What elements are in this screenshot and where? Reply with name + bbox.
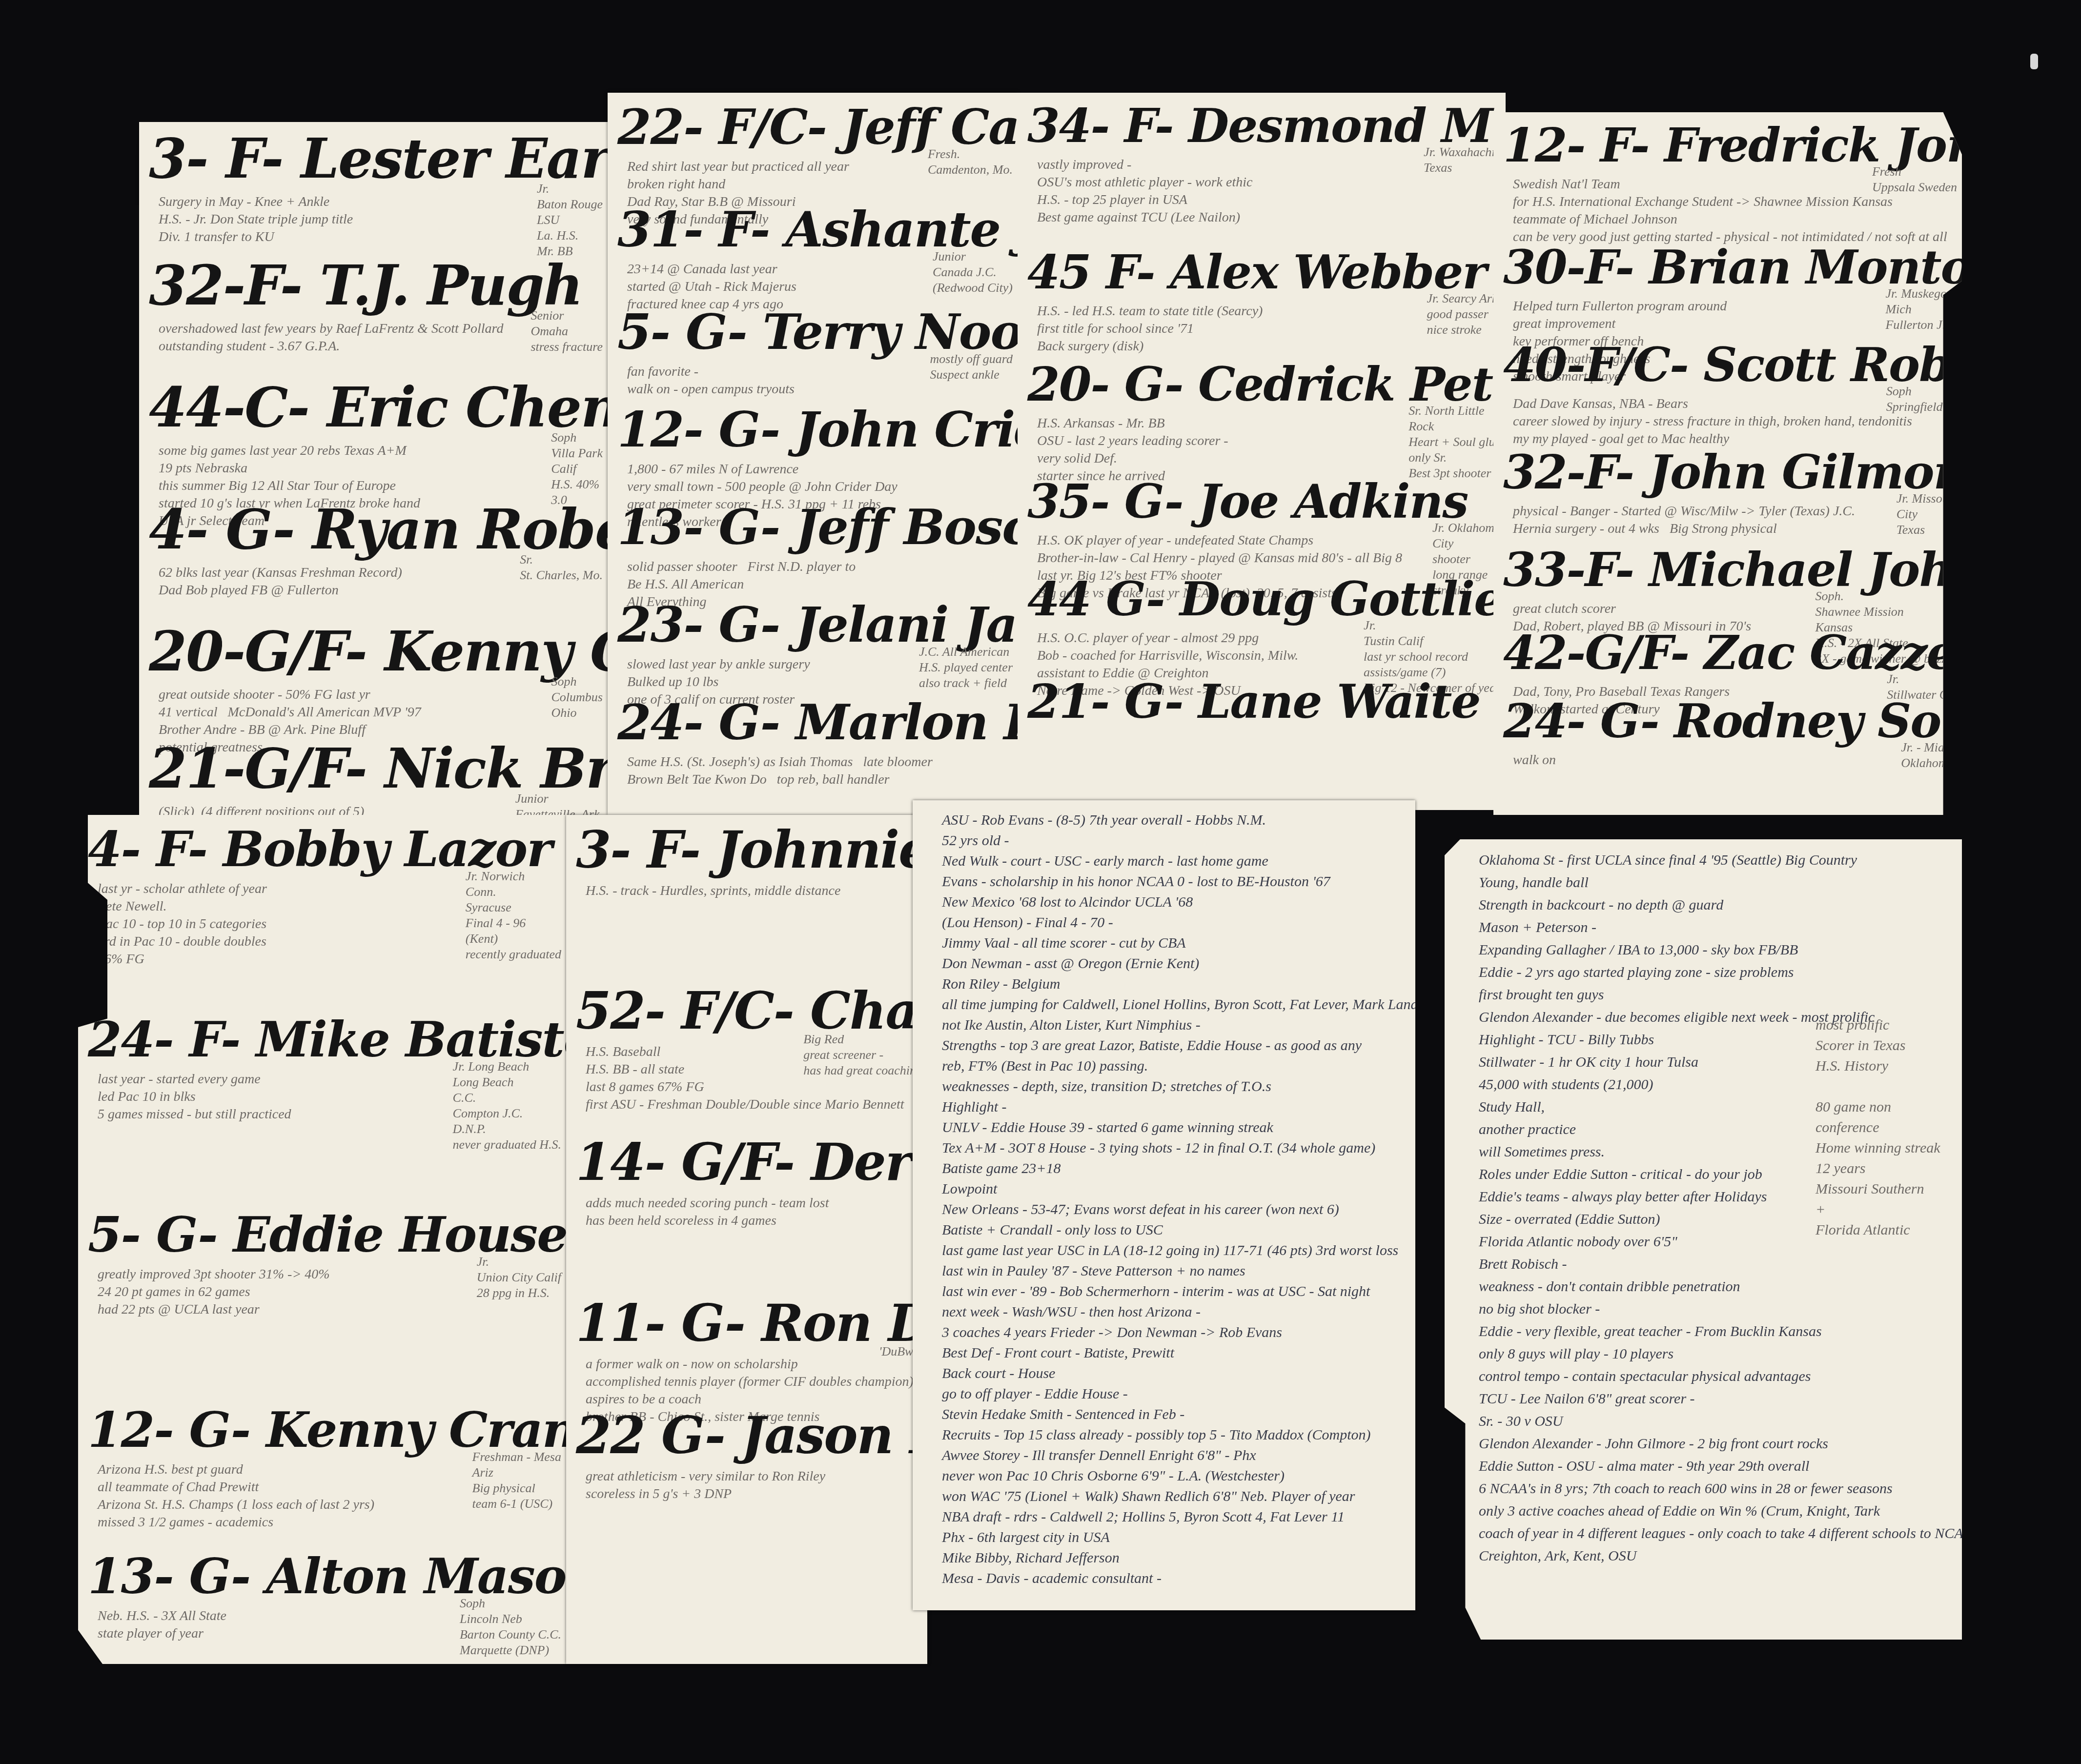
player-side-note: Junior Canada J.C. (Redwood City) <box>933 249 1013 296</box>
roster-sheet-6: 3- F- Johnnie TappH.S. - track - Hurdles… <box>566 815 927 1664</box>
player-name-heading: 44-C- Eric Chenowith <box>139 381 608 435</box>
player-name-heading: 24- G- Rodney Souter <box>1493 698 1962 745</box>
player-entry: 22 G- Jason Patt.great athleticism - ver… <box>566 1410 927 1503</box>
player-side-note: Fresh Uppsala Sweden <box>1872 164 1957 195</box>
note-line: go to off player - Eddie House - <box>942 1384 1406 1404</box>
player-side-note: Soph Springfield Ill <box>1886 384 1957 415</box>
player-name-heading: 20- G- Cedrick Peterson <box>1018 361 1506 408</box>
note-line: only 8 guys will play - 10 players <box>1479 1343 1952 1365</box>
note-line: Back court - House <box>942 1363 1406 1384</box>
player-entry: 32-F- T.J. Pughovershadowed last few yea… <box>139 259 608 355</box>
player-entry: 4- F- Bobby Lazorlast yr - scholar athle… <box>78 825 566 968</box>
player-entry: 4- G- Ryan Robertson62 blks last year (K… <box>139 503 608 599</box>
player-name-heading: 20-G/F- Kenny Gregory <box>139 625 608 679</box>
note-line: Mike Bibby, Richard Jefferson <box>942 1548 1406 1568</box>
player-notes: great athleticism - very similar to Ron … <box>566 1468 927 1503</box>
player-name-heading: 5- G- Eddie House <box>78 1210 566 1259</box>
player-entry: 20- G- Cedrick PetersonH.S. Arkansas - M… <box>1018 361 1506 485</box>
note-line: Creighton, Ark, Kent, OSU <box>1479 1545 1952 1567</box>
player-side-note: Jr. Missouri City Texas <box>1897 491 1957 538</box>
player-entry: 33-F- Michael Johnsongreat clutch scorer… <box>1493 547 1962 635</box>
roster-sheet-3: 34- F- Desmond Masonvastly improved - OS… <box>1018 93 1506 810</box>
note-line: Tex A+M - 3OT 8 House - 3 tying shots - … <box>942 1138 1406 1158</box>
player-name-heading: 12- F- Fredrick Jonzon <box>1493 122 1962 169</box>
player-entry: 21- G- Lane Waite <box>1018 678 1506 732</box>
player-entry: 40-F/C- Scott RobischDad Dave Kansas, NB… <box>1493 342 1962 448</box>
player-side-note: Jr. Waxahachie Texas <box>1424 144 1501 176</box>
note-line: last win ever - '89 - Bob Schermerhorn -… <box>942 1281 1406 1302</box>
player-name-heading: 22- F/C- Jeff Carey <box>608 102 1018 151</box>
player-name-heading: 12- G- John Crider <box>608 405 1018 454</box>
note-line: 3 coaches 4 years Frieder -> Don Newman … <box>942 1322 1406 1343</box>
player-entry: 34- F- Desmond Masonvastly improved - OS… <box>1018 102 1506 226</box>
note-line: Brett Robisch - <box>1479 1253 1952 1276</box>
roster-sheet-1: 3- F- Lester EarlSurgery in May - Knee +… <box>139 122 608 815</box>
player-entry: 45 F- Alex WebberH.S. - led H.S. team to… <box>1018 249 1506 355</box>
note-line: control tempo - contain spectacular phys… <box>1479 1365 1952 1388</box>
player-side-note: Junior Fayetteville, Ark. <box>515 791 603 815</box>
player-entry: 52- F/C- Chad PrewittH.S. Baseball H.S. … <box>566 986 927 1114</box>
player-side-note: mostly off guard Suspect ankle <box>930 351 1013 383</box>
note-line: Stevin Hedake Smith - Sentenced in Feb - <box>942 1404 1406 1425</box>
label-sticker <box>2030 54 2038 69</box>
note-line: TCU - Lee Nailon 6'8" great scorer - <box>1479 1388 1952 1410</box>
player-name-heading: 40-F/C- Scott Robisch <box>1493 342 1962 388</box>
player-name-heading: 4- G- Ryan Robertson <box>139 503 608 557</box>
player-side-note: Sr. St. Charles, Mo. <box>520 552 603 583</box>
player-notes: Same H.S. (St. Joseph's) as Isiah Thomas… <box>608 753 1018 789</box>
player-entry: 12- G- Kenny CrandallArizona H.S. best p… <box>78 1405 566 1531</box>
player-entry: 32-F- John Gilmorephysical - Banger - St… <box>1493 449 1962 538</box>
note-line: first brought ten guys <box>1479 984 1952 1006</box>
player-name-heading: 3- F- Lester Earl <box>139 132 608 186</box>
note-line: won WAC '75 (Lionel + Walk) Shawn Redlic… <box>942 1486 1406 1507</box>
note-line: weakness - don't contain dribble penetra… <box>1479 1276 1952 1298</box>
player-name-heading: 32-F- John Gilmore <box>1493 449 1962 496</box>
note-line: all time jumping for Caldwell, Lionel Ho… <box>942 994 1406 1015</box>
player-name-heading: 11- G- Ron Dubois <box>566 1298 927 1349</box>
player-name-heading: 12- G- Kenny Crandall <box>78 1405 566 1454</box>
note-line: (Lou Henson) - Final 4 - 70 - <box>942 912 1406 933</box>
notes-sheet-oklahoma-st: Oklahoma St - first UCLA since final 4 '… <box>1445 839 1962 1640</box>
note-line: New Mexico '68 lost to Alcindor UCLA '68 <box>942 892 1406 912</box>
player-entry: 13- G- Jeff Boscheesolid passer shooter … <box>608 503 1018 611</box>
player-side-note: Jr. Norwich Conn. Syracuse Final 4 - 96 … <box>466 869 561 962</box>
note-line: Ned Wulk - court - USC - early march - l… <box>942 851 1406 872</box>
player-entry: 13- G- Alton MasonNeb. H.S. - 3X All Sta… <box>78 1552 566 1642</box>
player-entry: 5- G- Eddie Housegreatly improved 3pt sh… <box>78 1210 566 1318</box>
note-line: Oklahoma St - first UCLA since final 4 '… <box>1479 849 1952 872</box>
player-entry: 31- F- Ashante Johnson23+14 @ Canada las… <box>608 205 1018 313</box>
note-line: Best Def - Front court - Batiste, Prewit… <box>942 1343 1406 1363</box>
player-name-heading: 13- G- Alton Mason <box>78 1552 566 1601</box>
player-name-heading: 14- G/F- Derrick <box>566 1137 927 1188</box>
note-line: reb, FT% (Best in Pac 10) passing. <box>942 1056 1406 1076</box>
player-side-note: Senior Omaha stress fracture <box>530 308 603 355</box>
player-side-note: Jr. Searcy Ark. good passer nice stroke <box>1427 291 1501 338</box>
player-side-note: Big Red great screener - has had great c… <box>803 1032 922 1078</box>
player-name-heading: 34- F- Desmond Mason <box>1018 102 1506 149</box>
note-line: 6 NCAA's in 8 yrs; 7th coach to reach 60… <box>1479 1478 1952 1500</box>
note-line: New Orleans - 53-47; Evans worst defeat … <box>942 1199 1406 1220</box>
note-line: NBA draft - rdrs - Caldwell 2; Hollins 5… <box>942 1507 1406 1527</box>
player-side-note: Jr. Union City Calif 28 ppg in H.S. <box>477 1254 561 1301</box>
player-side-note: Jr. Long Beach Long Beach C.C. Compton J… <box>453 1059 561 1153</box>
player-entry: 24- F- Mike Batistelast year - started e… <box>78 1015 566 1123</box>
note-line: Ron Riley - Belgium <box>942 974 1406 994</box>
note-line: Sr. - 30 v OSU <box>1479 1410 1952 1433</box>
player-side-note: Sr. North Little Rock Heart + Soul glue … <box>1408 403 1501 481</box>
player-name-heading: 24- G- Marlon London <box>608 698 1018 747</box>
note-line: never won Pac 10 Chris Osborne 6'9" - L.… <box>942 1466 1406 1486</box>
roster-sheet-2: 22- F/C- Jeff CareyRed shirt last year b… <box>608 93 1018 815</box>
note-line: Strength in backcourt - no depth @ guard <box>1479 894 1952 916</box>
note-line: last game last year USC in LA (18-12 goi… <box>942 1240 1406 1261</box>
note-line: Evans - scholarship in his honor NCAA 0 … <box>942 872 1406 892</box>
note-line: Lowpoint <box>942 1179 1406 1199</box>
player-name-heading: 5- G- Terry Noone <box>608 307 1018 356</box>
player-entry: 14- G/F- Derrickadds much needed scoring… <box>566 1137 927 1230</box>
note-line: coach of year in 4 different leagues - o… <box>1479 1522 1952 1545</box>
player-name-heading: 23- G- Jelani Janisse <box>608 600 1018 649</box>
note-line: Mesa - Davis - academic consultant - <box>942 1568 1406 1589</box>
player-entry: 3- F- Johnnie TappH.S. - track - Hurdles… <box>566 825 927 900</box>
player-side-note: J.C. All American H.S. played center als… <box>919 644 1013 691</box>
player-side-note: Soph Lincoln Neb Barton County C.C. Marq… <box>460 1596 561 1658</box>
notes-sheet-asu: ASU - Rob Evans - (8-5) 7th year overall… <box>913 800 1415 1610</box>
player-side-note: Jr. - Miami Oklahoma <box>1901 740 1957 771</box>
player-notes: physical - Banger - Started @ Wisc/Milw … <box>1493 503 1962 538</box>
player-notes: H.S. - track - Hurdles, sprints, middle … <box>566 882 927 900</box>
note-line: Phx - 6th largest city in USA <box>942 1527 1406 1548</box>
roster-sheet-4: 12- F- Fredrick JonzonSwedish Nat'l Team… <box>1493 112 1962 815</box>
player-side-note: Fresh. Camdenton, Mo. <box>928 146 1013 178</box>
note-line: ASU - Rob Evans - (8-5) 7th year overall… <box>942 810 1406 831</box>
note-line: Batiste + Crandall - only loss to USC <box>942 1220 1406 1240</box>
player-entry: 12- F- Fredrick JonzonSwedish Nat'l Team… <box>1493 122 1962 246</box>
note-line: Awvee Storey - Ill transfer Dennell Enri… <box>942 1445 1406 1466</box>
note-line: Don Newman - asst @ Oregon (Ernie Kent) <box>942 953 1406 974</box>
player-name-heading: 30-F- Brian Montonati <box>1493 244 1962 291</box>
note-line: Eddie Sutton - OSU - alma mater - 9th ye… <box>1479 1455 1952 1478</box>
player-name-heading: 33-F- Michael Johnson <box>1493 547 1962 593</box>
player-entry: 23- G- Jelani Janisseslowed last year by… <box>608 600 1018 709</box>
note-line: Young, handle ball <box>1479 872 1952 894</box>
player-side-note: Soph Columbus Ohio <box>551 674 603 721</box>
player-notes: walk on <box>1493 751 1962 769</box>
player-side-note: Soph Villa Park Calif H.S. 40% 3.0 <box>551 430 603 508</box>
player-name-heading: 35- G- Joe Adkins <box>1018 478 1506 525</box>
player-entry: 24- G- Marlon LondonSame H.S. (St. Josep… <box>608 698 1018 789</box>
player-name-heading: 21- G- Lane Waite <box>1018 678 1506 725</box>
note-line: Batiste game 23+18 <box>942 1158 1406 1179</box>
note-line: only 3 active coaches ahead of Eddie on … <box>1479 1500 1952 1522</box>
player-entry: 3- F- Lester EarlSurgery in May - Knee +… <box>139 132 608 246</box>
player-name-heading: 32-F- T.J. Pugh <box>139 259 608 313</box>
player-side-note: Jr. Baton Rouge LSU La. H.S. Mr. BB <box>537 181 603 259</box>
note-line: Eddie - 2 yrs ago started playing zone -… <box>1479 961 1952 984</box>
note-line: Expanding Gallagher / IBA to 13,000 - sk… <box>1479 939 1952 961</box>
note-line: last win in Pauley '87 - Steve Patterson… <box>942 1261 1406 1281</box>
note-line: next week - Wash/WSU - then host Arizona… <box>942 1302 1406 1322</box>
player-name-heading: 21-G/F- Nick Bradford <box>139 742 608 796</box>
player-notes: adds much needed scoring punch - team lo… <box>566 1195 927 1230</box>
note-line: 52 yrs old - <box>942 831 1406 851</box>
player-name-heading: 44 G- Doug Gottlieb <box>1018 576 1506 623</box>
player-name-heading: 3- F- Johnnie Tapp <box>566 825 927 875</box>
player-side-note: Freshman - Mesa Ariz Big physical team 6… <box>472 1449 561 1512</box>
player-entry: 5- G- Terry Noonefan favorite - walk on … <box>608 307 1018 398</box>
note-line: Recruits - Top 15 class already - possib… <box>942 1425 1406 1445</box>
player-entry: 24- G- Rodney Souterwalk onJr. - Miami O… <box>1493 698 1962 769</box>
player-name-heading: 13- G- Jeff Boschee <box>608 503 1018 551</box>
note-line: Jimmy Vaal - all time scorer - cut by CB… <box>942 933 1406 953</box>
notes-side-annotation: most prolific Scorer in Texas H.S. Histo… <box>1816 1015 1952 1240</box>
player-name-heading: 31- F- Ashante Johnson <box>608 205 1018 254</box>
player-name-heading: 45 F- Alex Webber <box>1018 249 1506 296</box>
note-line: Mason + Peterson - <box>1479 916 1952 939</box>
player-name-heading: 42-G/F- Zac Cazzelle <box>1493 629 1962 676</box>
note-line: Eddie - very flexible, great teacher - F… <box>1479 1320 1952 1343</box>
note-line: Highlight - <box>942 1097 1406 1117</box>
note-line: not Ike Austin, Alton Lister, Kurt Nimph… <box>942 1015 1406 1035</box>
note-line: UNLV - Eddie House 39 - started 6 game w… <box>942 1117 1406 1138</box>
player-name-heading: 24- F- Mike Batiste <box>78 1015 566 1064</box>
note-line: no big shot blocker - <box>1479 1298 1952 1320</box>
roster-sheet-5: 4- F- Bobby Lazorlast yr - scholar athle… <box>78 815 566 1664</box>
player-side-note: Jr. Muskegon Mich Fullerton J.C. <box>1885 286 1957 333</box>
player-name-heading: 22 G- Jason Patt. <box>566 1410 927 1461</box>
player-name-heading: 52- F/C- Chad Prewitt <box>566 986 927 1036</box>
note-line: Glendon Alexander - John Gilmore - 2 big… <box>1479 1433 1952 1455</box>
note-line: weaknesses - depth, size, transition D; … <box>942 1076 1406 1097</box>
player-entry: 21-G/F- Nick Bradford(Slick) (4 differen… <box>139 742 608 815</box>
player-name-heading: 4- F- Bobby Lazor <box>78 825 566 873</box>
note-line: Strengths - top 3 are great Lazor, Batis… <box>942 1035 1406 1056</box>
